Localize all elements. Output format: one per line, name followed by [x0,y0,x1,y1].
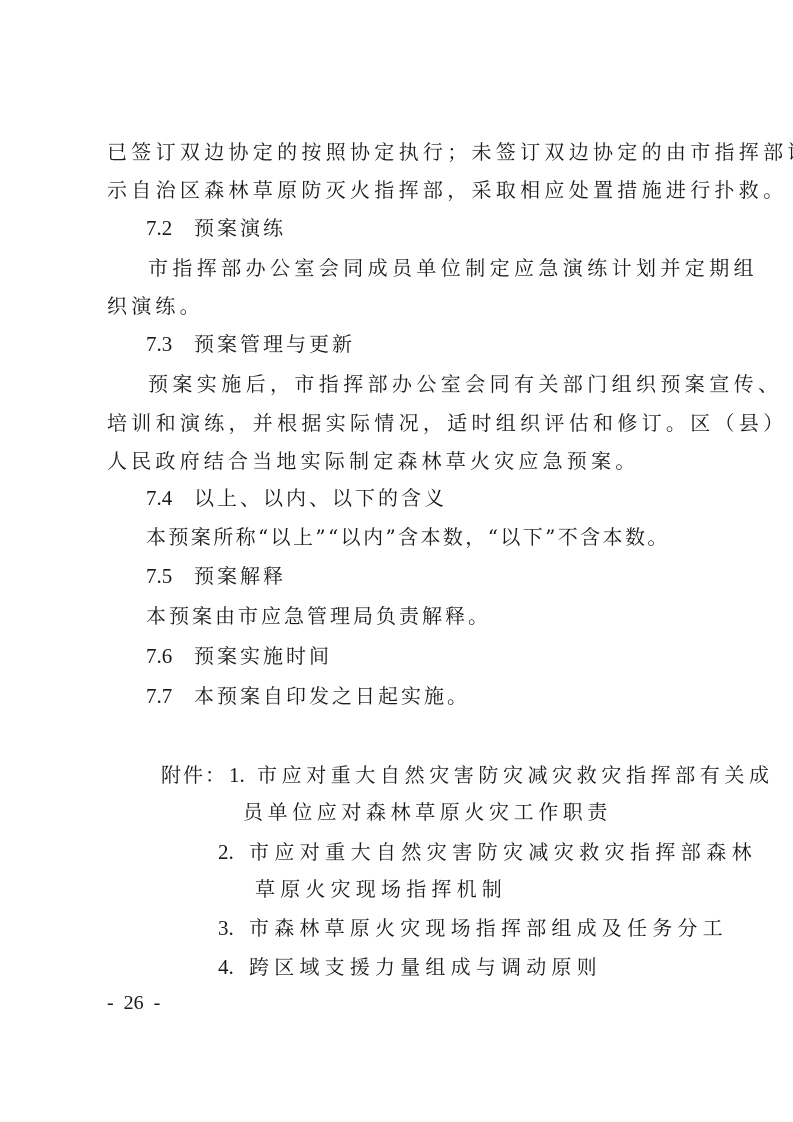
section-heading-7-2: 7.2预案演练 [146,214,286,242]
section-number: 7.4 [146,484,194,512]
paragraph-line: 本预案所称“以上”“以内”含本数，“以下”不含本数。 [146,523,670,551]
paragraph-line: 已签订双边协定的按照协定执行；未签订双边协定的由市指挥部请 [107,138,793,166]
section-number: 7.2 [146,214,194,242]
attachment-number: 4. [218,953,249,981]
attachment-title: 市应对重大自然灾害防灾减灾救灾指挥部森林 [249,840,757,864]
document-page: 已签订双边协定的按照协定执行；未签订双边协定的由市指挥部请 示自治区森林草原防灭… [0,0,793,1122]
paragraph-line: 示自治区森林草原防灭火指挥部，采取相应处置措施进行扑救。 [107,176,787,204]
attachment-title: 市应对重大自然灾害防灾减灾救灾指挥部有关成 [257,763,774,787]
section-title: 预案演练 [194,216,286,240]
section-title: 预案解释 [194,564,286,588]
paragraph-line: 预案实施后，市指挥部办公室会同有关部门组织预案宣传、 [148,370,782,398]
section-heading-7-7: 7.7本预案自印发之日起实施。 [146,682,470,710]
paragraph-line: 人民政府结合当地实际制定森林草火灾应急预案。 [107,447,639,475]
attachment-number: 1. [229,761,257,789]
attachments-label: 附件： [161,763,227,787]
section-title: 预案管理与更新 [194,332,355,356]
attachment-item-1: 附件：1.市应对重大自然灾害防灾减灾救灾指挥部有关成 [161,761,774,789]
attachment-item-2: 2.市应对重大自然灾害防灾减灾救灾指挥部森林 [218,838,757,866]
section-number: 7.7 [146,682,194,710]
section-heading-7-5: 7.5预案解释 [146,562,286,590]
section-title: 本预案自印发之日起实施。 [194,684,470,708]
attachment-title: 市森林草原火灾现场指挥部组成及任务分工 [249,916,728,940]
paragraph-line: 织演练。 [107,292,204,320]
attachment-title-continued: 员单位应对森林草原火灾工作职责 [243,798,612,826]
attachment-number: 2. [218,838,249,866]
section-number: 7.3 [146,330,194,358]
attachment-title: 跨区域支援力量组成与调动原则 [249,955,602,979]
section-title: 预案实施时间 [194,644,332,668]
section-heading-7-3: 7.3预案管理与更新 [146,330,355,358]
section-heading-7-4: 7.4以上、以内、以下的含义 [146,484,447,512]
attachment-item-4: 4.跨区域支援力量组成与调动原则 [218,953,602,981]
attachment-item-3: 3.市森林草原火灾现场指挥部组成及任务分工 [218,914,728,942]
paragraph-line: 培训和演练，并根据实际情况，适时组织评估和修订。区（县） [107,409,787,437]
attachment-number: 3. [218,914,249,942]
section-number: 7.5 [146,562,194,590]
paragraph-line: 本预案由市应急管理局负责解释。 [146,602,491,630]
section-title: 以上、以内、以下的含义 [194,486,447,510]
section-heading-7-6: 7.6预案实施时间 [146,642,332,670]
page-number: - 26 - [107,989,160,1017]
paragraph-line: 市指挥部办公室会同成员单位制定应急演练计划并定期组 [148,254,758,282]
attachment-title-continued: 草原火灾现场指挥机制 [255,875,507,903]
section-number: 7.6 [146,642,194,670]
